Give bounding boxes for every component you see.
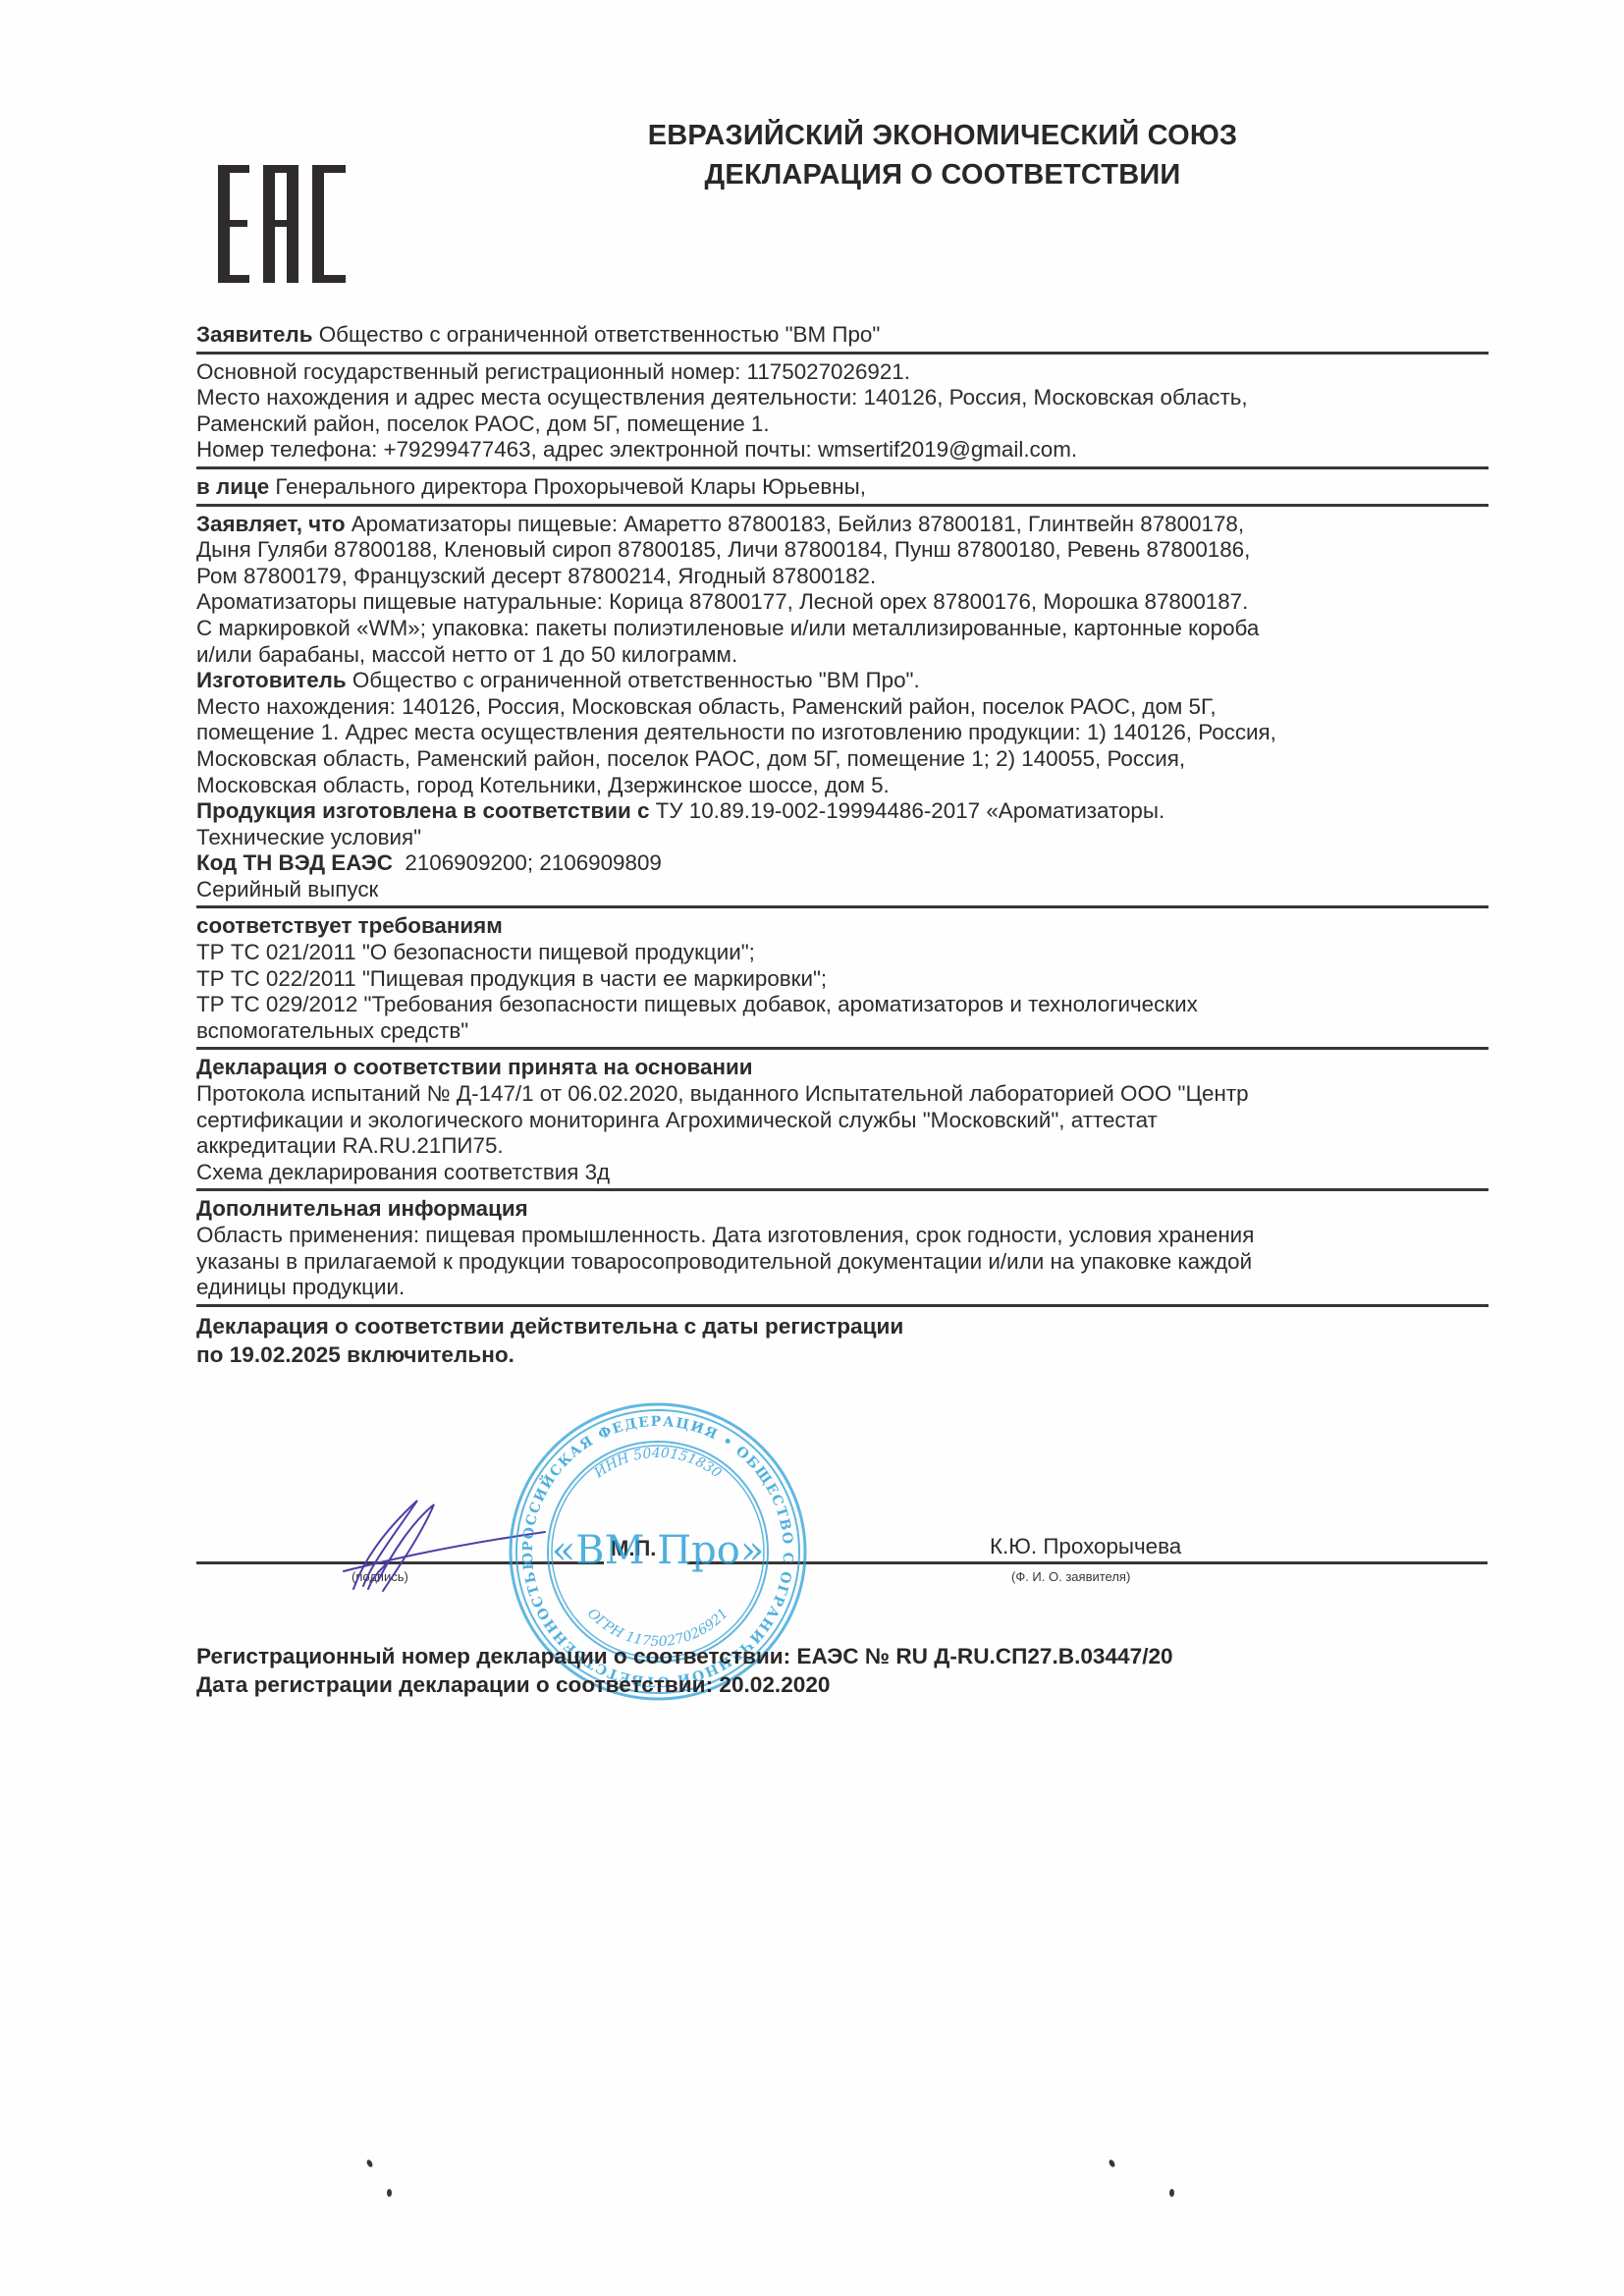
declaration-title: ДЕКЛАРАЦИЯ О СООТВЕТСТВИИ — [550, 155, 1335, 194]
applicant-fio: К.Ю. Прохорычева — [990, 1534, 1181, 1559]
additional-info-line: указаны в прилагаемой к продукции товаро… — [196, 1249, 1489, 1276]
additional-info-label: Дополнительная информация — [196, 1196, 1489, 1223]
declares-label: Заявляет, что — [196, 512, 346, 536]
registration-date: Дата регистрации декларации о соответств… — [196, 1670, 1173, 1699]
scan-mark — [387, 2189, 392, 2197]
packaging-line: С маркировкой «WM»; упаковка: пакеты пол… — [196, 616, 1489, 642]
registration-number: Регистрационный номер декларации о соотв… — [196, 1642, 1173, 1670]
manufacturer-address: Московская область, Раменский район, пос… — [196, 746, 1489, 773]
registration-block: Регистрационный номер декларации о соотв… — [196, 1642, 1173, 1699]
products-line: Дыня Гуляби 87800188, Кленовый сироп 878… — [196, 537, 1489, 564]
manufacturer-address: Место нахождения: 140126, Россия, Москов… — [196, 694, 1489, 721]
manufacturer-address: Московская область, город Котельники, Дз… — [196, 773, 1489, 799]
requirements-label: соответствует требованиям — [196, 913, 1489, 940]
applicant-address-1: Место нахождения и адрес места осуществл… — [196, 385, 1489, 411]
manufacturer-address: помещение 1. Адрес места осуществления д… — [196, 720, 1489, 746]
basis-line: сертификации и экологического мониторинг… — [196, 1108, 1489, 1134]
additional-info-line: единицы продукции. — [196, 1275, 1489, 1301]
produced-text: ТУ 10.89.19-002-19994486-2017 «Ароматиза… — [649, 798, 1164, 823]
basis-line: Протокола испытаний № Д-147/1 от 06.02.2… — [196, 1081, 1489, 1108]
document-header: ЕВРАЗИЙСКИЙ ЭКОНОМИЧЕСКИЙ СОЮЗ ДЕКЛАРАЦИ… — [550, 116, 1335, 194]
hs-codes: 2106909200; 2106909809 — [393, 850, 662, 875]
manufacturer-name: Общество с ограниченной ответственностью… — [347, 668, 920, 692]
applicant-address-2: Раменский район, поселок РАОС, дом 5Г, п… — [196, 411, 1489, 438]
eac-logo-icon — [218, 165, 361, 283]
products-line: Ром 87800179, Французский десерт 8780021… — [196, 564, 1489, 590]
requirement-item: ТР ТС 022/2011 "Пищевая продукция в част… — [196, 966, 1489, 993]
basis-line: аккредитации RA.RU.21ПИ75. — [196, 1133, 1489, 1160]
manufacturer-label: Изготовитель — [196, 668, 347, 692]
requirements-section: соответствует требованиям ТР ТС 021/2011… — [196, 913, 1489, 1050]
requirement-item: вспомогательных средств" — [196, 1018, 1489, 1045]
requirement-item: ТР ТС 029/2012 "Требования безопасности … — [196, 992, 1489, 1018]
applicant-contacts: Номер телефона: +79299477463, адрес элек… — [196, 437, 1489, 464]
stamp-center-text: «ВМ Про» — [552, 1528, 765, 1573]
represented-by-text: Генерального директора Прохорычевой Клар… — [269, 474, 866, 499]
represented-by-label: в лице — [196, 474, 269, 499]
union-title: ЕВРАЗИЙСКИЙ ЭКОНОМИЧЕСКИЙ СОЮЗ — [550, 116, 1335, 155]
applicant-name: Общество с ограниченной ответственностью… — [312, 322, 880, 347]
declaration-scheme: Схема декларирования соответствия 3д — [196, 1160, 1489, 1186]
requirement-item: ТР ТС 021/2011 "О безопасности пищевой п… — [196, 940, 1489, 966]
fio-caption: (Ф. И. О. заявителя) — [1011, 1569, 1130, 1584]
products-line: Ароматизаторы пищевые натуральные: Кориц… — [196, 589, 1489, 616]
applicant-label: Заявитель — [196, 322, 312, 347]
applicant-section: Заявитель Общество с ограниченной ответс… — [196, 322, 1489, 355]
validity-line-2: по 19.02.2025 включительно. — [196, 1340, 1489, 1369]
additional-info-line: Область применения: пищевая промышленнос… — [196, 1223, 1489, 1249]
scan-mark — [1169, 2189, 1174, 2197]
validity-line-1: Декларация о соответствии действительна … — [196, 1312, 1489, 1340]
declares-first-line: Ароматизаторы пищевые: Амаретто 87800183… — [346, 512, 1245, 536]
release-type: Серийный выпуск — [196, 877, 1489, 903]
basis-label: Декларация о соответствии принята на осн… — [196, 1055, 1489, 1081]
produced-line-2: Технические условия" — [196, 825, 1489, 851]
scan-mark — [1108, 2159, 1115, 2167]
applicant-details: Основной государственный регистрационный… — [196, 359, 1489, 469]
applicant-ogrn: Основной государственный регистрационный… — [196, 359, 1489, 386]
represented-by-section: в лице Генерального директора Прохорычев… — [196, 474, 1489, 507]
additional-info-section: Дополнительная информация Область примен… — [196, 1196, 1489, 1306]
scan-mark — [365, 2159, 373, 2167]
declaration-body: Заявитель Общество с ограниченной ответс… — [196, 322, 1489, 1369]
produced-label: Продукция изготовлена в соответствии с — [196, 798, 649, 823]
hs-code-label: Код ТН ВЭД ЕАЭС — [196, 850, 393, 875]
validity-section: Декларация о соответствии действительна … — [196, 1312, 1489, 1369]
packaging-line: и/или барабаны, массой нетто от 1 до 50 … — [196, 642, 1489, 669]
declares-section: Заявляет, что Ароматизаторы пищевые: Ама… — [196, 512, 1489, 909]
basis-section: Декларация о соответствии принята на осн… — [196, 1055, 1489, 1191]
